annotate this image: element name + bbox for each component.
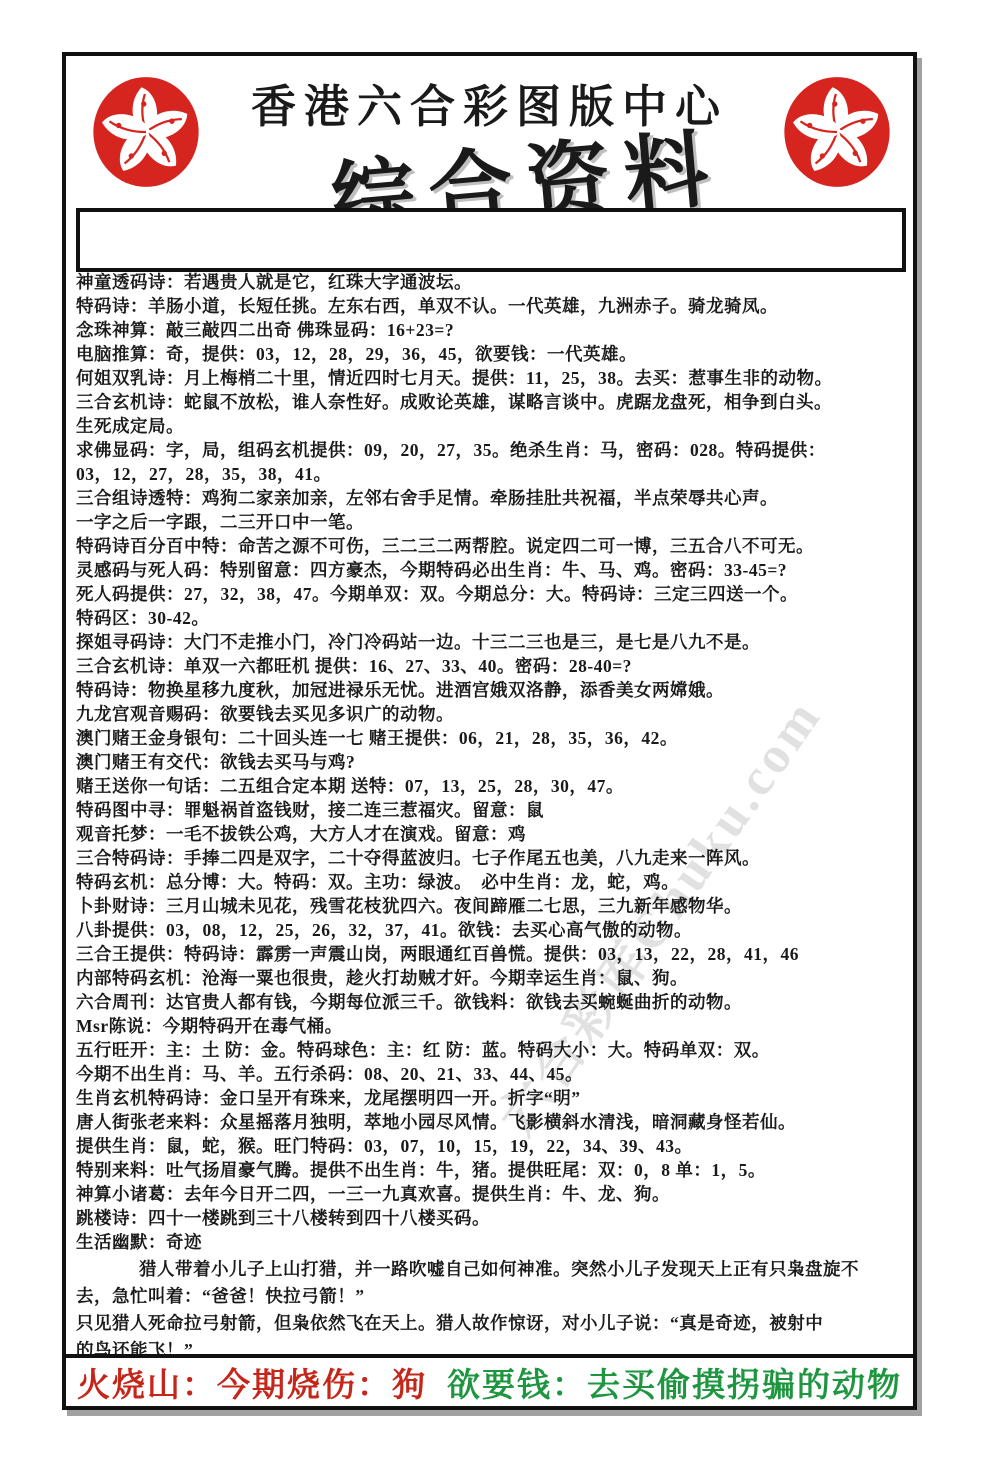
bauhinia-flower-logo-right <box>781 68 893 196</box>
tip-line: 澳门赌王有交代：欲钱去买马与鸡? <box>76 750 904 774</box>
tip-line: 神算小诸葛：去年今日开二四，一三一九真欢喜。提供生肖：牛、龙、狗。 <box>76 1182 904 1206</box>
tip-line: 特码诗百分百中特：命苦之源不可伤，三二三二两帮腔。说定四二可一博，三五合八不可无… <box>76 534 904 558</box>
tip-line: 九龙宫观音赐码：欲要钱去买见多识广的动物。 <box>76 702 904 726</box>
tip-line: 唐人街张老来料：众星摇落月独明，萃地小园尽风情。飞影横斜水清浅，暗洞藏身怪若仙。 <box>76 1110 904 1134</box>
tip-line: 念珠神算：敲三敲四二出奇 佛珠显码：16+23=? <box>76 318 904 342</box>
tip-line: 何姐双乳诗：月上梅梢二十里，情近四时七月天。提供：11，25，38。去买：惹事生… <box>76 366 904 390</box>
banner-green-text: 欲要钱：去买偷摸拐骗的动物 <box>447 1359 902 1406</box>
tip-line: 特码诗：羊肠小道，长短任挑。左东右西，单双不认。一代英雄，九洲赤子。骑龙骑凤。 <box>76 294 904 318</box>
tip-line: 三合玄机诗：蛇鼠不放松，谁人奈性好。成败论英雄，谋略言谈中。虎踞龙盘死，相争到白… <box>76 390 904 414</box>
tip-line: 五行旺开：主：土 防：金。特码球色：主：红 防：蓝。特码大小：大。特码单双：双。 <box>76 1038 904 1062</box>
banner-red-text: 火烧山：今期烧伤：狗 <box>77 1359 427 1406</box>
tip-line: 观音托梦：一毛不拔铁公鸡，大方人才在演戏。留意：鸡 <box>76 822 904 846</box>
tip-line: 电脑推算：奇，提供：03，12，28，29，36，45，欲要钱：一代英雄。 <box>76 342 904 366</box>
bottom-banner: 火烧山：今期烧伤：狗 欲要钱：去买偷摸拐骗的动物 <box>66 1354 913 1406</box>
tip-line: 03，12，27，28，35，38，41。 <box>76 462 904 486</box>
tip-line: 一字之后一字跟，二三开口中一笔。 <box>76 510 904 534</box>
tip-line: 特别来料：吐气扬眉豪气腾。提供不出生肖：牛，猪。提供旺尾：双：0，8 单：1，5… <box>76 1158 904 1182</box>
tip-line: 六合周刊：达官贵人都有钱，今期每位派三千。欲钱料：欲钱去买蜿蜒曲折的动物。 <box>76 990 904 1014</box>
tip-line: 三合组诗透特：鸡狗二家亲加亲，左邻右舍手足情。牵肠挂肚共祝福，半点荣辱共心声。 <box>76 486 904 510</box>
tip-line: 赌王送你一句话：二五组合定本期 送特：07，13，25，28，30，47。 <box>76 774 904 798</box>
story-line: 猎人带着小儿子上山打猎，并一路吹嘘自己如何神准。突然小儿子发现天上正有只枭盘旋不 <box>76 1256 904 1283</box>
tip-line: 神童透码诗：若遇贵人就是它，红珠大字通波坛。 <box>76 270 904 294</box>
tip-line: 生肖玄机特码诗：金口呈开有珠来，龙尾摆明四一开。折字“明” <box>76 1086 904 1110</box>
tip-line: Msr陈说：今期特码开在毒气桶。 <box>76 1014 904 1038</box>
tip-line: 生活幽默：奇迹 <box>76 1230 904 1254</box>
page-frame: 香港六合彩图版中心 综合资料 第 045 期 版权所有 翻版必究 六合彩库Chu… <box>62 52 917 1410</box>
tip-line: 卜卦财诗：三月山城未见花，残雪花枝犹四六。夜间蹄雁二七思，三九新年感物华。 <box>76 894 904 918</box>
story-line: 去，急忙叫着：“爸爸！快拉弓箭！” <box>76 1283 904 1310</box>
tip-line: 澳门赌王金身银句：二十回头连一七 赌王提供：06，21，28，35，36，42。 <box>76 726 904 750</box>
tip-line: 特码区：30-42。 <box>76 606 904 630</box>
tip-line: 生死成定局。 <box>76 414 904 438</box>
tip-line: 内部特码玄机：沧海一粟也很贵，趁火打劫贼才奸。今期幸运生肖：鼠、狗。 <box>76 966 904 990</box>
story-line: 只见猎人死命拉弓射箭，但枭依然飞在天上。猎人故作惊讶，对小儿子说：“真是奇迹，被… <box>76 1310 904 1337</box>
tip-line: 三合玄机诗：单双一六都旺机 提供：16、27、33、40。密码：28-40=? <box>76 654 904 678</box>
tip-line: 特码玄机：总分博：大。特码：双。主功：绿波。 必中生肖：龙，蛇，鸡。 <box>76 870 904 894</box>
tip-line: 提供生肖：鼠，蛇，猴。旺门特码：03，07，10，15，19，22，34、39、… <box>76 1134 904 1158</box>
tip-line: 跳楼诗：四十一楼跳到三十八楼转到四十八楼买码。 <box>76 1206 904 1230</box>
header: 香港六合彩图版中心 综合资料 第 045 期 版权所有 翻版必究 <box>66 56 913 272</box>
tip-line: 三合王提供：特码诗：霹雳一声震山岗，两眼通红百兽慌。提供：03，13，22，28… <box>76 942 904 966</box>
bauhinia-flower-logo-left <box>90 68 202 196</box>
tip-line: 灵感码与死人码：特别留意：四方豪杰，今期特码必出生肖：牛、马、鸡。密码：33-4… <box>76 558 904 582</box>
empty-headline-box <box>76 208 906 272</box>
tip-line: 求佛显码：字，局，组码玄机提供：09，20，27，35。绝杀生肖：马，密码：02… <box>76 438 904 462</box>
tip-line: 八卦提供：03，08，12，25，26，32，37，41。欲钱：去买心高气傲的动… <box>76 918 904 942</box>
humor-story-block: 猎人带着小儿子上山打猎，并一路吹嘘自己如何神准。突然小儿子发现天上正有只枭盘旋不… <box>76 1256 904 1364</box>
tip-line: 今期不出生肖：马、羊。五行杀码：08、20、21、33、44、45。 <box>76 1062 904 1086</box>
tip-line: 特码图中寻：罪魁祸首盗钱财，接二连三惹福灾。留意：鼠 <box>76 798 904 822</box>
tip-line: 特码诗：物换星移九度秋，加冠进禄乐无忧。进酒宫娥双洛静，添香美女两嫦娥。 <box>76 678 904 702</box>
tip-line: 三合特码诗：手捧二四是双字，二十夺得蓝波归。七子作尾五也美，八九走来一阵风。 <box>76 846 904 870</box>
tip-line: 死人码提供：27，32，38，47。今期单双：双。今期总分：大。特码诗：三定三四… <box>76 582 904 606</box>
tips-text-block: 神童透码诗：若遇贵人就是它，红珠大字通波坛。特码诗：羊肠小道，长短任挑。左东右西… <box>76 270 904 1254</box>
tip-line: 探姐寻码诗：大门不走推小门，冷门冷码站一边。十三二三也是三，是七是八九不是。 <box>76 630 904 654</box>
